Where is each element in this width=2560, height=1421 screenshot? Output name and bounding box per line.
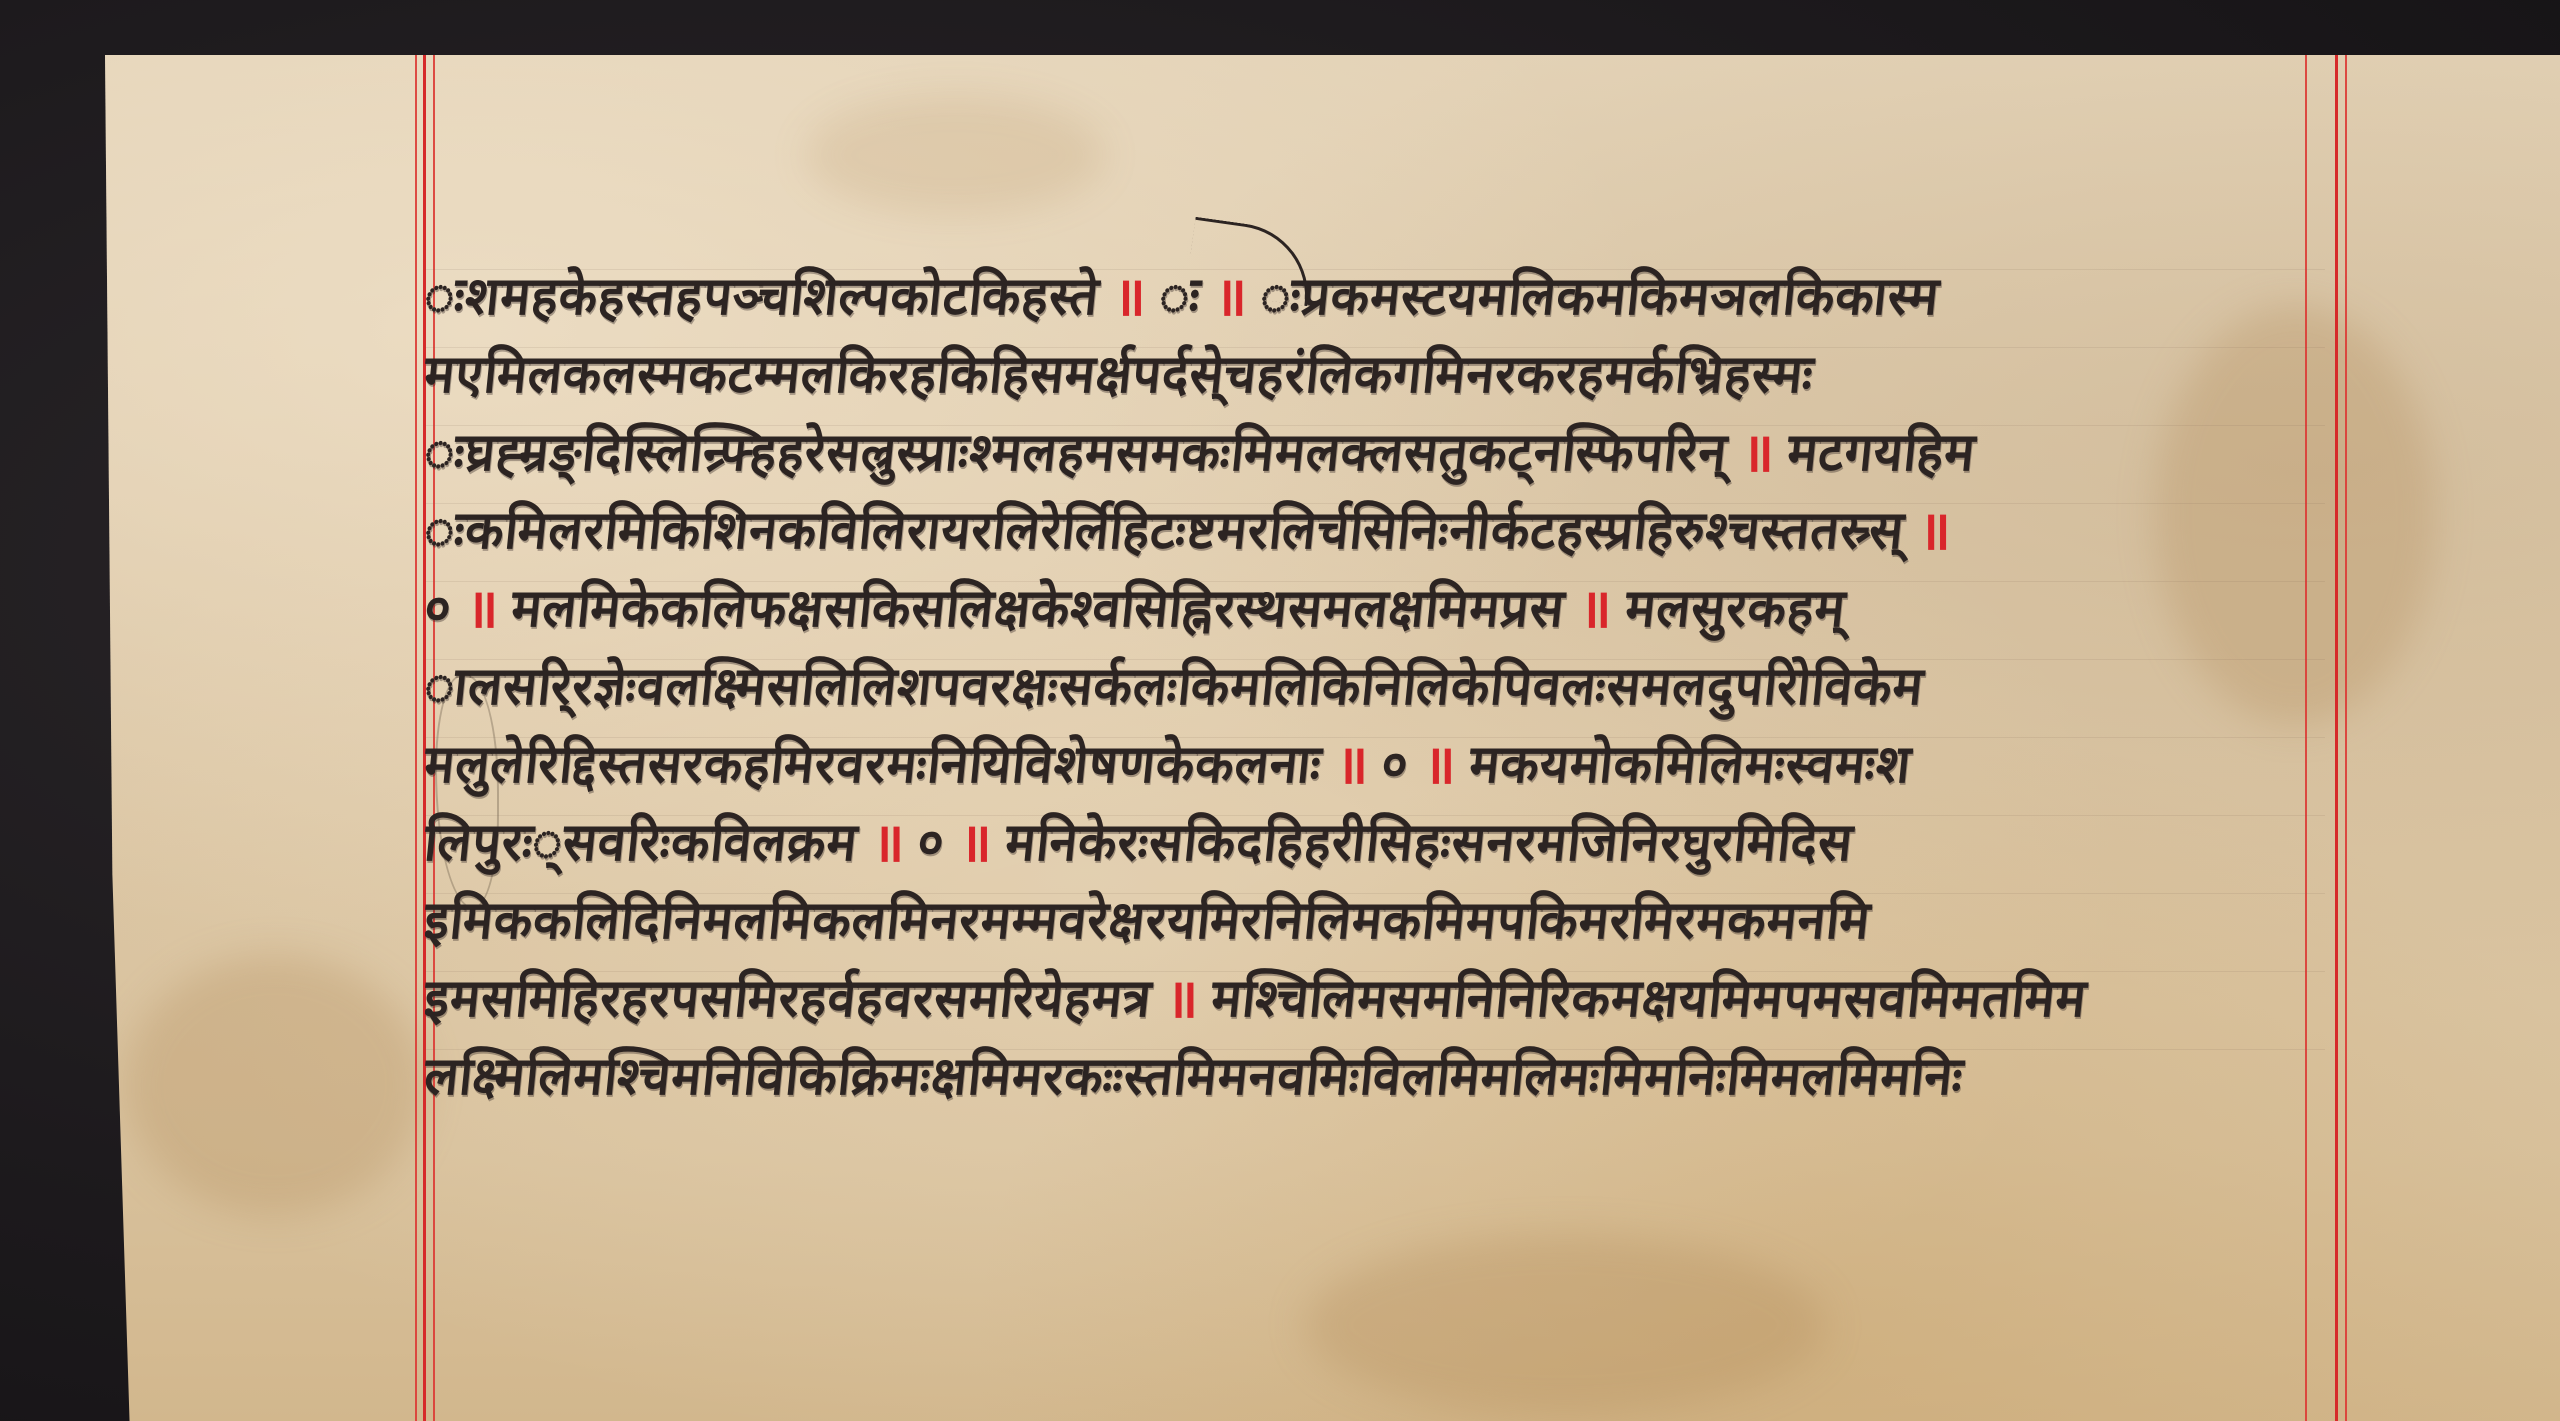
script-segment: ःकमिलरमिकिशिनकविलिरायरलिरेर्लिहिटःष्टमरल… <box>425 492 1908 563</box>
red-double-danda: ॥ <box>872 803 904 877</box>
script-segment: ःशमहकेहस्तहपञ्चशिल्पकोटकिहस्ते <box>425 258 1103 329</box>
script-segment: ० <box>1379 726 1413 797</box>
red-double-danda: ॥ <box>1113 257 1145 331</box>
script-segment: ० <box>425 570 456 641</box>
right-margin-rule <box>2345 55 2347 1421</box>
script-segment: इमसमिहिरहरपसमिरहर्वहवरसमरियेहमत्र <box>425 960 1155 1031</box>
script-segment: मश्चिलिमसमनिनिरिकमक्षयमिमपमसवमिमतमिम <box>1209 960 2091 1031</box>
script-segment: ालसरि्रज्ञेःवलक्ष्मिसलिलिशपवरक्षःसर्कलःक… <box>425 648 1928 719</box>
script-segment: मलसुरकहम् <box>1622 570 1849 641</box>
red-double-danda: ॥ <box>1579 569 1611 643</box>
text-line: ःघ्रह्म्रङ्दिस्लिन्र्फ्हिहरेसल्रुस्प्राः… <box>425 411 2325 489</box>
script-segment: ःघ्रह्म्रङ्दिस्लिन्र्फ्हिहरेसल्रुस्प्राः… <box>425 414 1731 485</box>
script-segment: ० <box>915 804 949 875</box>
text-line: ःकमिलरमिकिशिनकविलिरायरलिरेर्लिहिटःष्टमरल… <box>425 489 2325 567</box>
text-line: मलुलेरिद्दिस्तसरकहमिरवरमःनियिविशेषणकेकलन… <box>425 723 2325 801</box>
script-segment: इमिककलिदिनिमलमिकलमिनरमम्मवरेक्षरयमिरनिलि… <box>425 882 1874 953</box>
script-segment: मकयमोकमिलिमःस्वमःश <box>1466 726 1915 797</box>
red-double-danda: ॥ <box>1918 491 1950 565</box>
paper-stain <box>125 955 425 1215</box>
text-line: इमिककलिदिनिमलमिकलमिनरमम्मवरेक्षरयमिरनिलि… <box>425 879 2325 957</box>
script-segment: मटगयहिम <box>1784 414 1979 485</box>
text-line: इमसमिहिरहरपसमिरहर्वहवरसमरियेहमत्र॥मश्चिल… <box>425 957 2325 1035</box>
red-double-danda: ॥ <box>1215 257 1247 331</box>
script-segment: मएमिलकलस्मकटम्मलकिरहकिहिसमर्क्षपर्दसे्चह… <box>425 336 1817 407</box>
right-margin-rule <box>2335 55 2338 1421</box>
manuscript-text: ःशमहकेहस्तहपञ्चशिल्पकोटकिहस्ते॥ः॥ःप्रकमस… <box>425 255 2325 1113</box>
script-segment: ः <box>1156 258 1204 329</box>
red-double-danda: ॥ <box>1423 725 1455 799</box>
script-segment: लक्ष्मिलिमश्चिमनिविकिक्रिमःक्षमिमरकःःस्त… <box>425 1038 1967 1109</box>
text-line: ःशमहकेहस्तहपञ्चशिल्पकोटकिहस्ते॥ः॥ःप्रकमस… <box>425 255 2325 333</box>
red-double-danda: ॥ <box>1166 959 1198 1033</box>
red-double-danda: ॥ <box>1336 725 1368 799</box>
red-double-danda: ॥ <box>1742 413 1774 487</box>
paper-stain <box>1305 1235 1825 1415</box>
text-line: ालसरि्रज्ञेःवलक्ष्मिसलिलिशपवरक्षःसर्कलःक… <box>425 645 2325 723</box>
paper-stain <box>805 95 1105 215</box>
left-margin-rule <box>415 55 417 1421</box>
text-line: लिपुरः्सवरिःकविलक्रम॥०॥मनिकेरःसकिदहिहरीस… <box>425 801 2325 879</box>
text-line: लक्ष्मिलिमश्चिमनिविकिक्रिमःक्षमिमरकःःस्त… <box>425 1035 2325 1113</box>
red-double-danda: ॥ <box>959 803 991 877</box>
script-segment: मलुलेरिद्दिस्तसरकहमिरवरमःनियिविशेषणकेकलन… <box>425 726 1325 797</box>
script-segment: मलमिकेकलिफक्षसकिसलिक्षकेश्वसिह्निरस्थसमल… <box>509 570 1569 641</box>
text-line: ०॥मलमिकेकलिफक्षसकिसलिक्षकेश्वसिह्निरस्थस… <box>425 567 2325 645</box>
script-segment: ःप्रकमस्टयमलिकमकिमञलकिकास्म <box>1257 258 1943 329</box>
text-line: मएमिलकलस्मकटम्मलकिरहकिहिसमर्क्षपर्दसे्चह… <box>425 333 2325 411</box>
red-double-danda: ॥ <box>466 569 498 643</box>
script-segment: लिपुरः्सवरिःकविलक्रम <box>425 804 862 875</box>
script-segment: मनिकेरःसकिदहिहरीसिहःसनरमजिनिरघुरमिदिस <box>1002 804 1857 875</box>
